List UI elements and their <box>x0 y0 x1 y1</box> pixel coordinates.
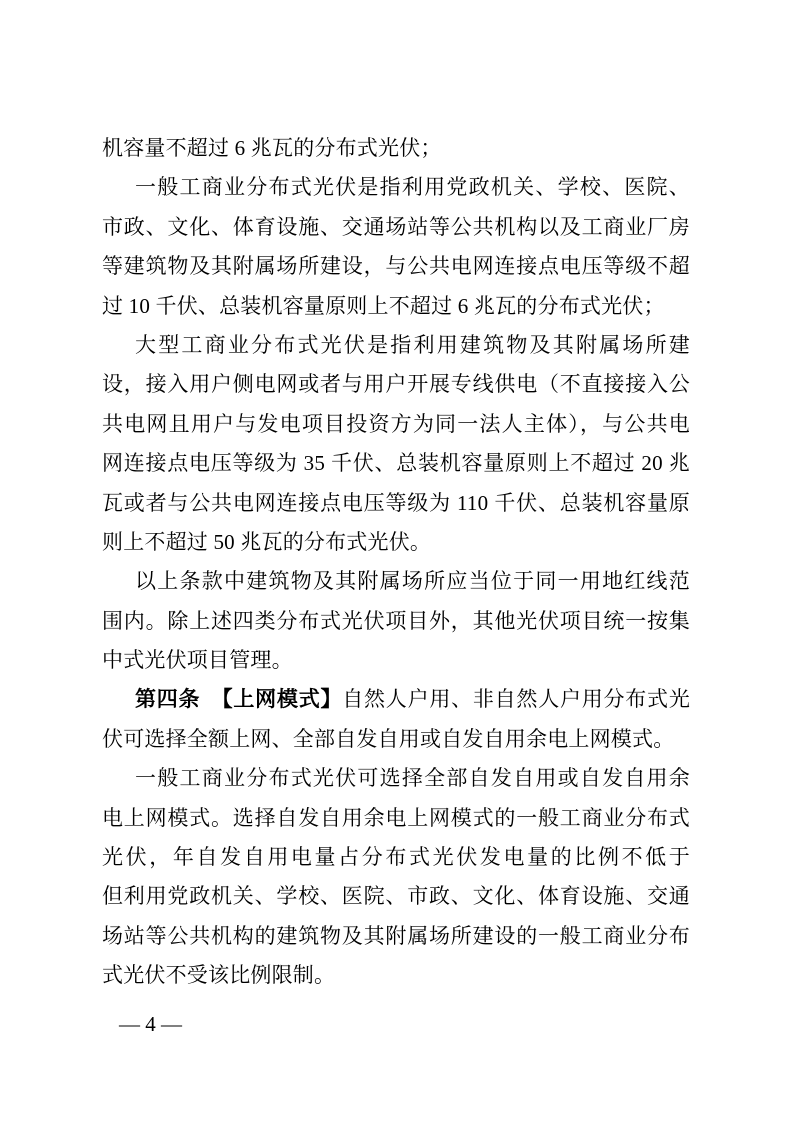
document-line: 过 10 千伏、总装机容量原则上不超过 6 兆瓦的分布式光伏； <box>102 287 690 326</box>
article-heading-bold: 【上网模式】 <box>222 687 342 711</box>
document-line: 伏可选择全额上网、全部自发自用或自发自用余电上网模式。 <box>102 720 690 759</box>
document-line: 光伏，年自发自用电量占分布式光伏发电量的比例不低于 50%， <box>102 838 690 877</box>
document-line: 围内。除上述四类分布式光伏项目外，其他光伏项目统一按集 <box>102 602 690 641</box>
document-line: 共电网且用户与发电项目投资方为同一法人主体），与公共电 <box>102 405 690 444</box>
document-line: 第四条 【上网模式】自然人户用、非自然人户用分布式光 <box>102 680 690 719</box>
document-line: 等建筑物及其附属场所建设，与公共电网连接点电压等级不超 <box>102 247 690 286</box>
document-line: 但利用党政机关、学校、医院、市政、文化、体育设施、交通 <box>102 877 690 916</box>
document-line: 场站等公共机构的建筑物及其附属场所建设的一般工商业分布 <box>102 917 690 956</box>
text-run: 自然人户用、非自然人户用分布式光 <box>342 687 690 711</box>
document-line: 中式光伏项目管理。 <box>102 641 690 680</box>
document-line: 机容量不超过 6 兆瓦的分布式光伏； <box>102 129 690 168</box>
page-number: — 4 — <box>119 1010 182 1038</box>
document-line: 式光伏不受该比例限制。 <box>102 956 690 995</box>
document-body: 机容量不超过 6 兆瓦的分布式光伏；一般工商业分布式光伏是指利用党政机关、学校、… <box>102 129 690 996</box>
document-line: 设，接入用户侧电网或者与用户开展专线供电（不直接接入公 <box>102 365 690 404</box>
document-line: 网连接点电压等级为 35 千伏、总装机容量原则上不超过 20 兆 <box>102 444 690 483</box>
document-line: 大型工商业分布式光伏是指利用建筑物及其附属场所建 <box>102 326 690 365</box>
text-run <box>200 687 222 711</box>
document-line: 电上网模式。选择自发自用余电上网模式的一般工商业分布式 <box>102 799 690 838</box>
document-line: 以上条款中建筑物及其附属场所应当位于同一用地红线范 <box>102 562 690 601</box>
document-line: 一般工商业分布式光伏可选择全部自发自用或自发自用余 <box>102 759 690 798</box>
document-line: 一般工商业分布式光伏是指利用党政机关、学校、医院、 <box>102 168 690 207</box>
document-page: 机容量不超过 6 兆瓦的分布式光伏；一般工商业分布式光伏是指利用党政机关、学校、… <box>0 0 794 1123</box>
document-line: 市政、文化、体育设施、交通场站等公共机构以及工商业厂房 <box>102 208 690 247</box>
document-line: 瓦或者与公共电网连接点电压等级为 110 千伏、总装机容量原 <box>102 484 690 523</box>
document-line: 则上不超过 50 兆瓦的分布式光伏。 <box>102 523 690 562</box>
article-heading-bold: 第四条 <box>135 687 200 711</box>
